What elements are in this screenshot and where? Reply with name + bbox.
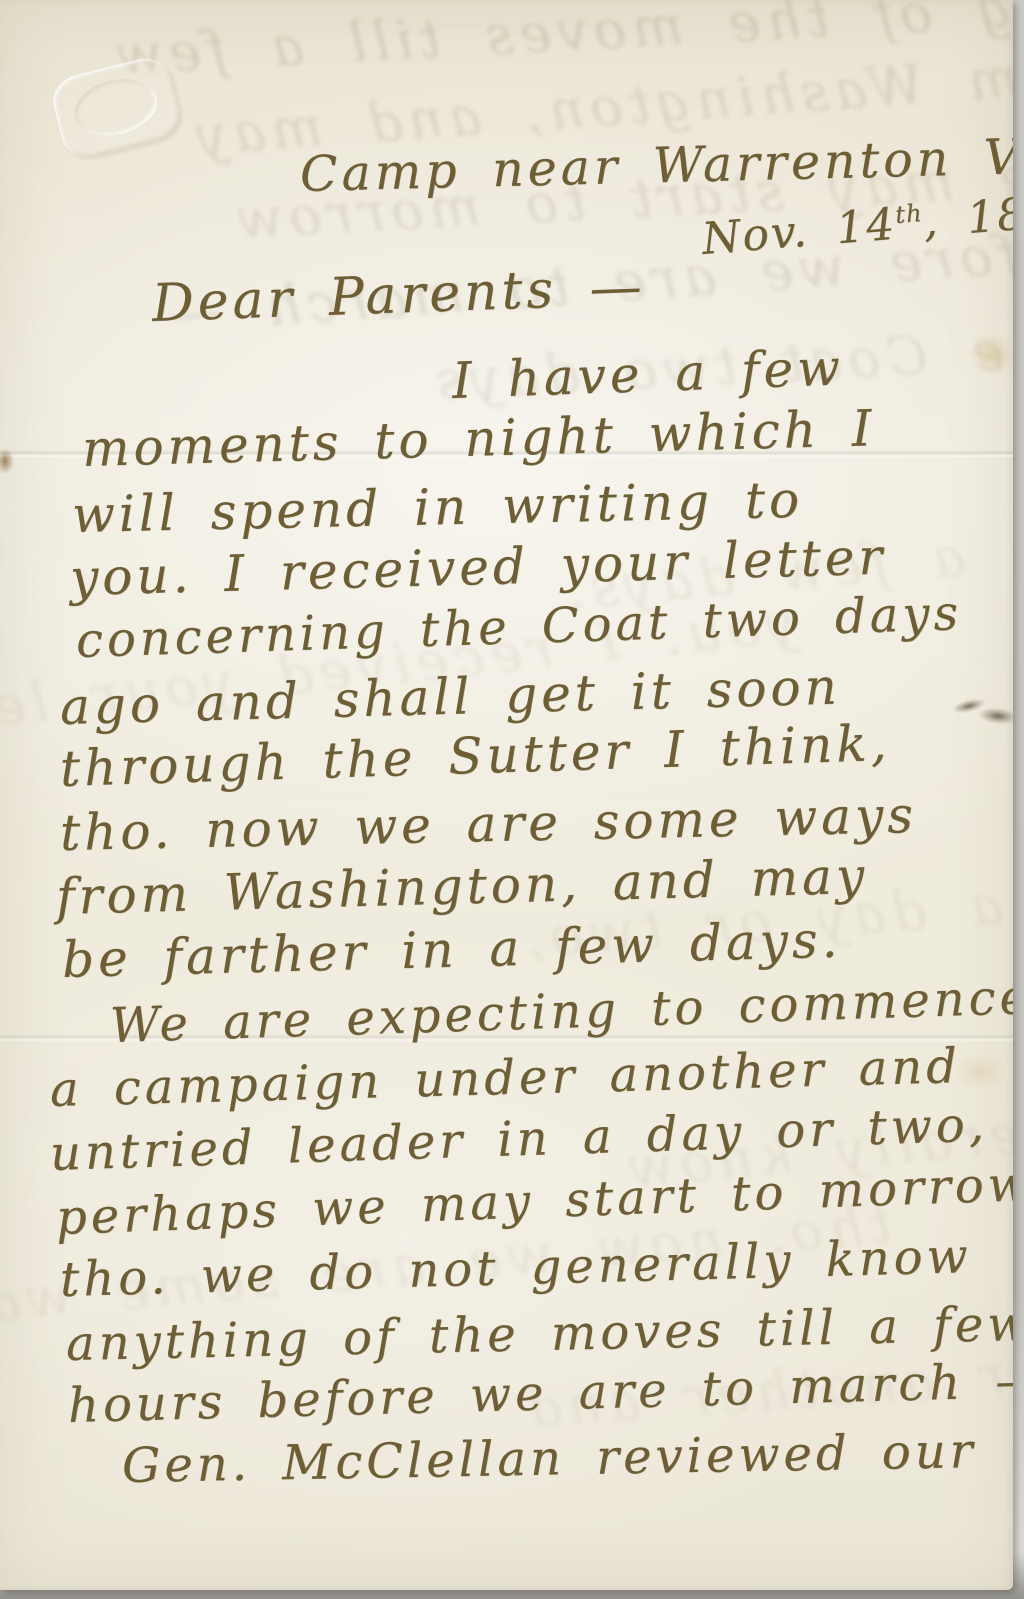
letter-line: moments to night which I bbox=[81, 399, 876, 478]
letter-line: I have a few bbox=[451, 338, 845, 410]
dateline-date: Nov. 14th, 1862 bbox=[700, 184, 1013, 265]
date-superscript: th bbox=[894, 199, 923, 229]
date-prefix: Nov. 14 bbox=[700, 199, 898, 265]
paper-stain bbox=[968, 332, 1013, 376]
ink-blot bbox=[977, 706, 1013, 726]
salutation: Dear Parents — bbox=[151, 257, 647, 334]
dateline-place: Camp near Warrenton Va — bbox=[299, 126, 1013, 203]
paper-stain bbox=[0, 448, 14, 474]
letter-line: Gen. McClellan reviewed our bbox=[122, 1423, 978, 1494]
date-suffix: , 1862 bbox=[921, 184, 1013, 248]
bleedthrough-line: anything of the moves till a few bbox=[109, 0, 1013, 87]
embossed-seal bbox=[48, 52, 187, 163]
paper-sheet: anything of the moves till a few from Wa… bbox=[0, 0, 1013, 1590]
embossed-seal-center bbox=[69, 71, 164, 144]
